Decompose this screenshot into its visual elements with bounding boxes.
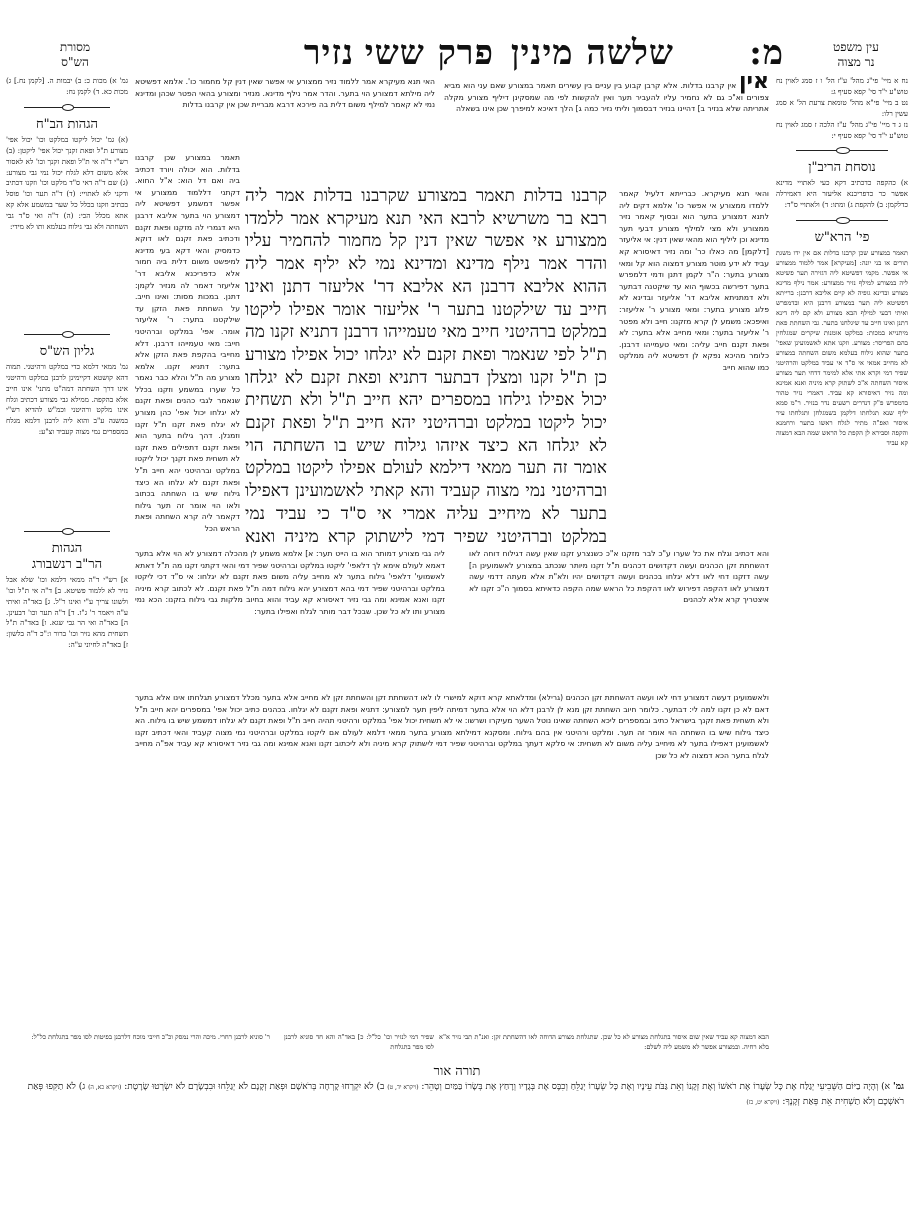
tosafot-top: האי תנא מעיקרא אמר ללמוד נזיר ממצורע אי … <box>135 76 435 148</box>
verse-b: ב) לֹא יִקְרְחוּ קָרְחָה בְּרֹאשָׁם וּפְ… <box>124 1082 384 1092</box>
rashi-top: אין אין קרבנו בדלות. אלא קרבן קבוע בין ע… <box>444 76 769 188</box>
rashi-side-column: והאי תנא מעיקרא. כברייתא דלעיל קאמר ללמד… <box>619 188 769 538</box>
verse-a-ref: (ויקרא יד, ט) <box>387 1084 418 1091</box>
gemara-main-text: קרבנו בדלות תאמר במצורע שקרבנו בדלות אמר… <box>245 185 607 545</box>
ornament-divider <box>796 215 888 225</box>
mesoret-text: גמ' א) מכות כ: ב) יבמות ה. [לקמן נח.] ג)… <box>6 76 128 98</box>
bottom-note-left: ר' סוניא לרבנן רחרי. מיכה והרי נמסק וכ"כ… <box>10 1032 270 1042</box>
verse-b-ref: (ויקרא כא, ה) <box>88 1084 121 1091</box>
ornament-divider <box>796 145 888 155</box>
tractate-name: נזיר <box>304 36 354 70</box>
wide-commentary: ולאשמועינן דעשה דמצורע דחי לאו ועשה דהשח… <box>135 692 769 1032</box>
tosafot-bottom-left: ליה גבי מצורע דמותר הוא בו הייט תער: א] … <box>135 548 445 688</box>
ornament-divider <box>24 102 109 112</box>
torah-or-title: תורה אור <box>0 1063 914 1079</box>
ein-mishpat-entry: נז ג ד מיי' פי"ג מהל' ע"ז הלכה ז סמג לאו… <box>776 120 908 142</box>
perek-label: פרק ששי <box>365 36 494 70</box>
hagahot-rab-text: א] רש"י ד"ה ממאי דלמא וכו' שלא אבל נזיר … <box>6 575 128 995</box>
bottom-note-right: הבא דמצוה קא עביד שאין שום איסור בתגלחת … <box>439 1032 769 1052</box>
folio-number: מ: <box>749 36 784 70</box>
rosh-text: תאמר במצורע שכן קרבנו בדלות אם אין ידו מ… <box>776 248 908 988</box>
tosafot-side-column: תאמר במצורע שכן קרבנו בדלות. הוא יכולה ו… <box>135 152 240 542</box>
ornament-divider <box>24 329 109 339</box>
rashi-bottom-right: והא דכתיב וגלח את כל שערו ע"כ לבר מזקנו … <box>469 548 769 688</box>
hagahot-rab-title: הגהות הר"ב רנשבורג <box>6 540 128 572</box>
bach-title: הגהות הב"ח <box>6 116 128 132</box>
bach-text: (א) גמ' יכול ליקטו במלקט וכו' יכול אפי' … <box>6 135 128 325</box>
ornament-divider <box>24 526 109 536</box>
torah-or-verses: גמ' א) וְהָיָה בַיּוֹם הַשְּׁבִיעִי יְגַ… <box>10 1080 904 1110</box>
nusach-title: נוסחת הריב"ן <box>776 159 908 175</box>
gemara-label: גמ' <box>893 1082 904 1092</box>
right-margin: נח א מיי' פי"ג מהל' ע"ז הל' ו ז סמג לאוי… <box>776 76 908 988</box>
ein-mishpat-entry: נח א מיי' פי"ג מהל' ע"ז הל' ו ז סמג לאוי… <box>776 76 908 98</box>
left-margin: גמ' א) מכות כ: ב) יבמות ה. [לקמן נח.] ג)… <box>6 76 128 995</box>
bottom-note-middle: שפיר דמי לנזיר וכו' כל"ל: כ] באד"ה והא ח… <box>284 1032 434 1052</box>
verse-c-ref: (ויקרא יט, כז) <box>746 1099 779 1106</box>
rashi-lead-word: אין <box>739 76 769 94</box>
verse-a: א) וְהָיָה בַיּוֹם הַשְּׁבִיעִי יְגַלַּח… <box>421 1082 890 1092</box>
chapter-name: שלשה מינין <box>511 36 674 70</box>
ein-mishpat-entry: נט ב מיי' פי"א מהל' טומאת צרעת הל' א סמג… <box>776 98 908 120</box>
nusach-text: א) כהקפה כדכתיב דקא כעי לאתויי מדינא אפש… <box>776 178 908 211</box>
rosh-title: פי' הרא"ש <box>776 229 908 245</box>
gilyon-text: גמ' ממאי דלמא כדי במלקט ורהיטני. תמוה דה… <box>6 362 128 522</box>
gilyon-title: גליון הש"ס <box>6 343 128 359</box>
rashi-top-text: אין קרבנו בדלות. אלא קרבן קבוע בין עניים… <box>444 81 769 113</box>
ein-mishpat-heading: עין משפט נר מצוה <box>806 40 906 70</box>
mesoret-heading: מסורת הש"ס <box>30 40 120 70</box>
